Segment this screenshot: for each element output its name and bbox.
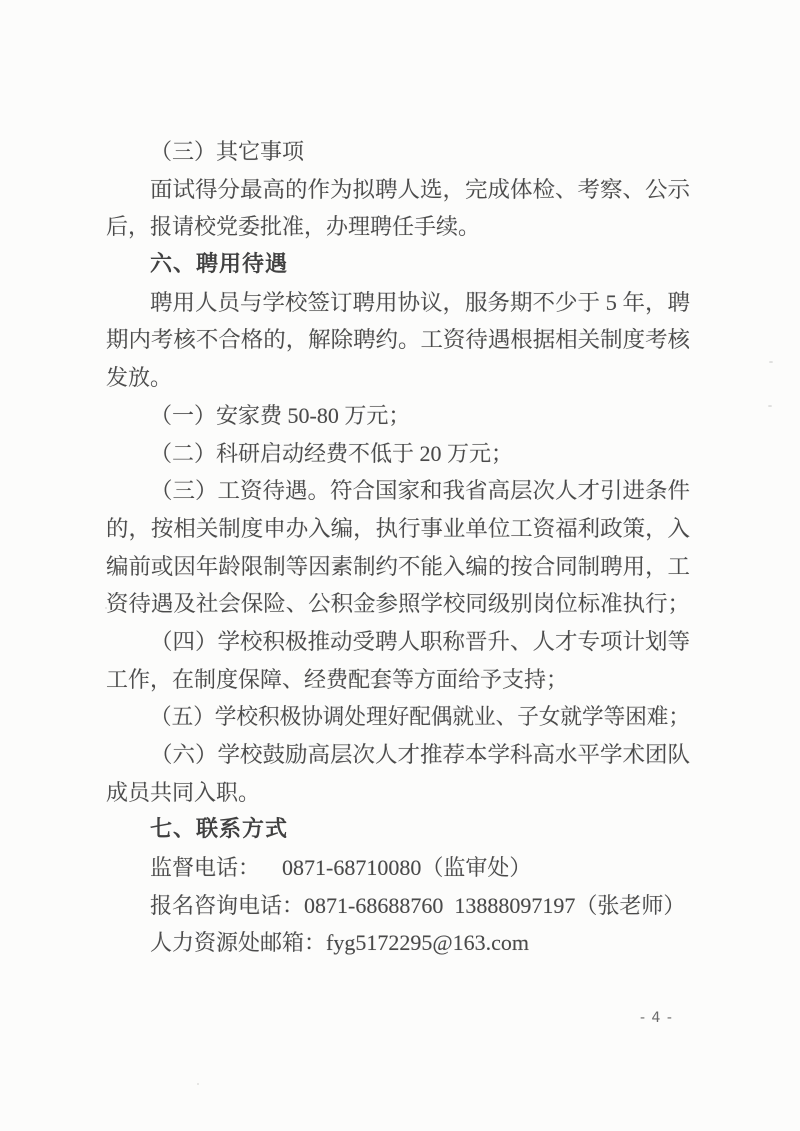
section-7-heading: 七、联系方式 [106,811,690,849]
body-line: 聘用人员与学校签订聘用协议，服务期不少于 5 年，聘 [106,284,690,322]
scan-speck [105,607,107,609]
body-line: 资待遇及社会保险、公积金参照学校同级别岗位标准执行； [106,585,690,623]
document-page: （三）其它事项面试得分最高的作为拟聘人选，完成体检、考察、公示后，报请校党委批准… [0,0,800,1131]
section-6-heading: 六、聘用待遇 [106,246,690,284]
body-line: 编前或因年龄限制等因素制约不能入编的按合同制聘用，工 [106,548,690,586]
contact-hr-email: 人力资源处邮箱：fyg5172295@163.com [106,924,690,962]
document-lines: （三）其它事项面试得分最高的作为拟聘人选，完成体检、考察、公示后，报请校党委批准… [106,133,690,962]
benefit-item-6: （六）学校鼓励高层次人才推荐本学科高水平学术团队 [106,736,690,774]
scan-speck [197,1083,199,1085]
benefit-item-1: （一）安家费 50-80 万元； [106,397,690,435]
body-line: 面试得分最高的作为拟聘人选，完成体检、考察、公示 [106,171,690,209]
scan-speck [768,405,772,407]
benefit-item-4: （四）学校积极推动受聘人职称晋升、人才专项计划等 [106,623,690,661]
contact-application-phone: 报名咨询电话：0871-68688760 13888097197（张老师） [106,887,690,925]
benefit-item-2: （二）科研启动经费不低于 20 万元； [106,435,690,473]
body-line: 期内考核不合格的，解除聘约。工资待遇根据相关制度考核 [106,321,690,359]
body-line: 发放。 [106,359,690,397]
body-line: 成员共同入职。 [106,774,690,812]
body-line: 的，按相关制度申办入编，执行事业单位工资福利政策，入 [106,510,690,548]
scan-speck [769,361,773,363]
benefit-item-5: （五）学校积极协调处理好配偶就业、子女就学等困难； [106,698,690,736]
body-line: 工作，在制度保障、经费配套等方面给予支持； [106,661,690,699]
subsection-other-matters-title: （三）其它事项 [106,133,690,171]
contact-supervision-phone: 监督电话： 0871-68710080（监审处） [106,849,690,887]
benefit-item-3: （三）工资待遇。符合国家和我省高层次人才引进条件 [106,472,690,510]
body-line: 后，报请校党委批准，办理聘任手续。 [106,208,690,246]
page-number: - 4 - [640,1010,673,1026]
